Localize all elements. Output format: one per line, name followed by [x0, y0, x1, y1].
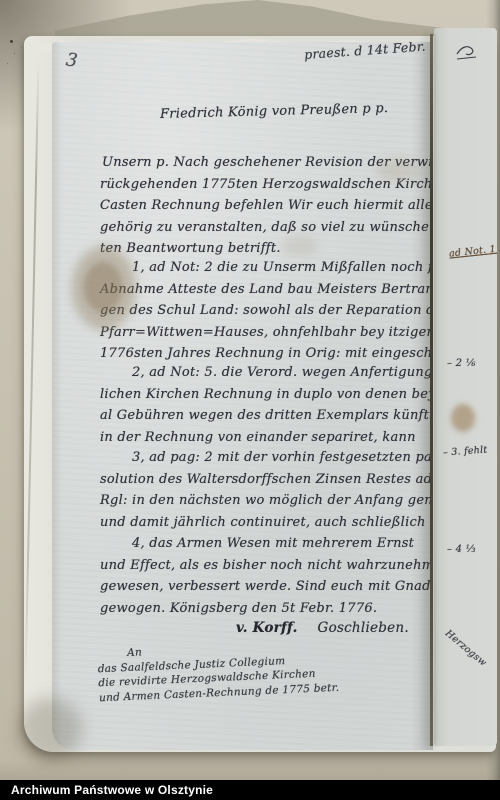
signature-row: v. Korff. Goschlieben. [236, 620, 409, 636]
margin-note: ad Not. 1. [449, 243, 497, 259]
handwritten-line: Unsern p. Nach geschehener Revision der … [100, 152, 433, 174]
handwritten-line: Abnahme Atteste des Land bau Meisters Be… [100, 279, 433, 301]
docket-note: An das Saalfeldsche Justiz Collegium die… [97, 637, 340, 705]
handwritten-line: solution des Waltersdorffschen Zinsen Re… [100, 469, 433, 491]
handwritten-line: gewogen. Königsberg den 5t Febr. 1776. [100, 598, 433, 620]
paragraph-intro: Unsern p. Nach geschehener Revision der … [100, 152, 433, 260]
handwritten-line: 1, ad Not: 2 die zu Unserm Mißfallen noc… [100, 257, 433, 279]
archive-name-label: Archiwum Państwowe w Olsztynie [0, 780, 500, 800]
margin-note: – 4 ⅓ [447, 544, 476, 555]
margin-note: – 3. fehlt [443, 444, 488, 458]
paragraph-item1: 1, ad Not: 2 die zu Unserm Mißfallen noc… [100, 257, 433, 365]
handwritten-line: Rgl: in den nächsten wo möglich der Anfa… [100, 490, 433, 512]
paragraph-item4: 4, das Armen Wesen mit mehrerem Ernst un… [100, 533, 433, 619]
signature-goschlieben: Goschlieben. [318, 620, 409, 636]
salutation-line: Friedrich König von Preußen p p. [160, 101, 389, 122]
handwritten-line: al Gebühren wegen des dritten Exemplars … [100, 405, 433, 427]
handwritten-line: rückgehenden 1775ten Herzogswaldschen Ki… [100, 174, 433, 196]
handwritten-line: gehörig zu veranstalten, daß so viel zu … [100, 217, 433, 239]
signature-korff: v. Korff. [236, 620, 298, 636]
paragraph-item3: 3, ad pag: 2 mit der vorhin festgesetzte… [100, 447, 433, 533]
facing-page-text-fragment: Herzogsw [443, 628, 489, 669]
handwritten-line: Casten Rechnung befehlen Wir euch hiermi… [100, 195, 433, 217]
facing-page-corner-mark [454, 42, 480, 64]
handwritten-line: 3, ad pag: 2 mit der vorhin festgesetzte… [100, 447, 433, 469]
archive-caption-bar: Archiwum Państwowe w Olsztynie [0, 780, 500, 800]
dust-specks [10, 40, 13, 43]
handwritten-line: 4, das Armen Wesen mit mehrerem Ernst [100, 533, 433, 555]
manuscript-page: 3 praest. d 14t Febr. 17 Friedrich König… [52, 42, 433, 750]
handwritten-line: und damit jährlich continuiret, auch sch… [100, 512, 433, 534]
page-number: 3 [65, 49, 79, 71]
handwritten-line: 2, ad Not: 5. die Verord. wegen Anfertig… [100, 362, 433, 384]
margin-note: – 2 ⅙ [447, 358, 476, 369]
handwritten-line: gewesen, verbessert werde. Sind euch mit… [100, 576, 433, 598]
facing-page-strip: ad Not. 1. – 2 ⅙ – 3. fehlt – 4 ⅓ Herzog… [434, 28, 497, 746]
paragraph-item2: 2, ad Not: 5. die Verord. wegen Anfertig… [100, 362, 433, 448]
handwritten-line: gen des Schul Land: sowohl als der Repar… [100, 300, 433, 322]
book-fold [430, 34, 433, 746]
handwritten-line: in der Rechnung von einander separiret, … [100, 427, 433, 449]
document-photo: 3 praest. d 14t Febr. 17 Friedrich König… [0, 0, 500, 800]
presentation-note: praest. d 14t Febr. 17 [304, 42, 433, 62]
handwritten-line: lichen Kirchen Rechnung in duplo von den… [100, 384, 433, 406]
handwritten-line: und Effect, als es bisher noch nicht wah… [100, 555, 433, 577]
handwritten-line: Pfarr=Wittwen=Hauses, ohnfehlbahr bey it… [100, 322, 433, 344]
